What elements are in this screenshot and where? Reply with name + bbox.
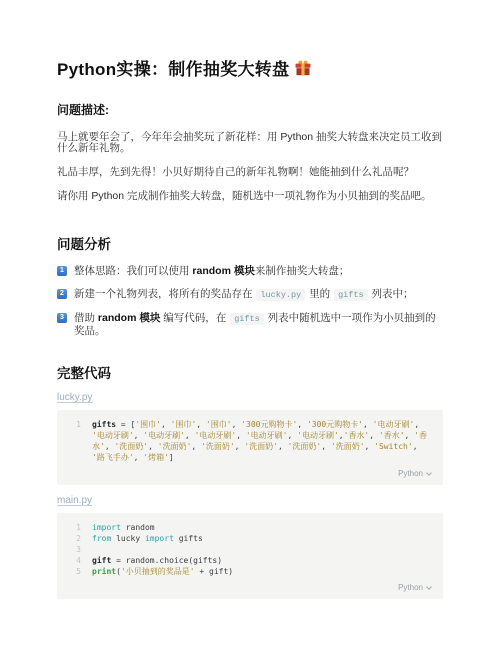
list-item: 1 整体思路：我们可以使用 random 模块来制作抽奖大转盘； <box>57 265 443 277</box>
list-item-text: 新建一个礼物列表，将所有的奖品存在 lucky.py 里的 gifts 列表中； <box>74 288 414 301</box>
language-select[interactable]: Python <box>398 468 431 479</box>
description-paragraph: 马上就要年会了，今年年会抽奖玩了新花样：用 Python 抽奖大转盘来决定员工收… <box>57 132 443 154</box>
keycap-2-icon: 2 <box>57 289 67 299</box>
language-label: Python <box>398 582 423 593</box>
chevron-down-icon <box>426 584 432 590</box>
gift-icon <box>295 60 311 76</box>
code-section-heading: 完整代码 <box>57 362 443 382</box>
inline-code: gifts <box>334 289 368 301</box>
code-lines: 1gifts = ['围巾', '围巾', '围巾', '300元购物卡', '… <box>67 419 431 463</box>
keycap-1-icon: 1 <box>57 266 67 276</box>
code-block-lucky: 1gifts = ['围巾', '围巾', '围巾', '300元购物卡', '… <box>57 410 443 485</box>
language-label: Python <box>398 468 423 479</box>
code-footer: Python <box>67 468 431 479</box>
main-py-link[interactable]: main.py <box>57 495 92 506</box>
list-item-text: 整体思路：我们可以使用 random 模块来制作抽奖大转盘； <box>74 265 349 277</box>
inline-code: gifts <box>230 313 264 325</box>
description-paragraph: 礼品丰厚，先到先得！小贝好期待自己的新年礼物啊！她能抽到什么礼品呢？ <box>57 167 443 178</box>
list-item: 2 新建一个礼物列表，将所有的奖品存在 lucky.py 里的 gifts 列表… <box>57 288 443 301</box>
inline-code: lucky.py <box>256 289 305 301</box>
code-lines: 1import random2from lucky import gifts3 … <box>67 522 431 577</box>
page-title-text: Python实操：制作抽奖大转盘 <box>57 55 289 80</box>
code-footer: Python <box>67 582 431 593</box>
analysis-list: 1 整体思路：我们可以使用 random 模块来制作抽奖大转盘； 2 新建一个礼… <box>57 265 443 337</box>
page-title: Python实操：制作抽奖大转盘 <box>57 55 443 80</box>
chevron-down-icon <box>426 470 432 476</box>
language-select[interactable]: Python <box>398 582 431 593</box>
lucky-py-link[interactable]: lucky.py <box>57 392 92 403</box>
description-paragraph: 请你用 Python 完成制作抽奖大转盘，随机选中一项礼物作为小贝抽到的奖品吧。 <box>57 191 443 202</box>
keycap-3-icon: 3 <box>57 313 67 323</box>
list-item-text: 借助 random 模块 编写代码，在 gifts 列表中随机选中一项作为小贝抽… <box>74 312 443 337</box>
list-item: 3 借助 random 模块 编写代码，在 gifts 列表中随机选中一项作为小… <box>57 312 443 337</box>
code-block-main: 1import random2from lucky import gifts3 … <box>57 513 443 599</box>
analysis-heading: 问题分析 <box>57 233 443 253</box>
article-page: Python实操：制作抽奖大转盘 问题描述: 马上就要年会了，今年年会抽奖玩了新… <box>0 0 500 599</box>
problem-description-heading: 问题描述: <box>57 101 443 118</box>
